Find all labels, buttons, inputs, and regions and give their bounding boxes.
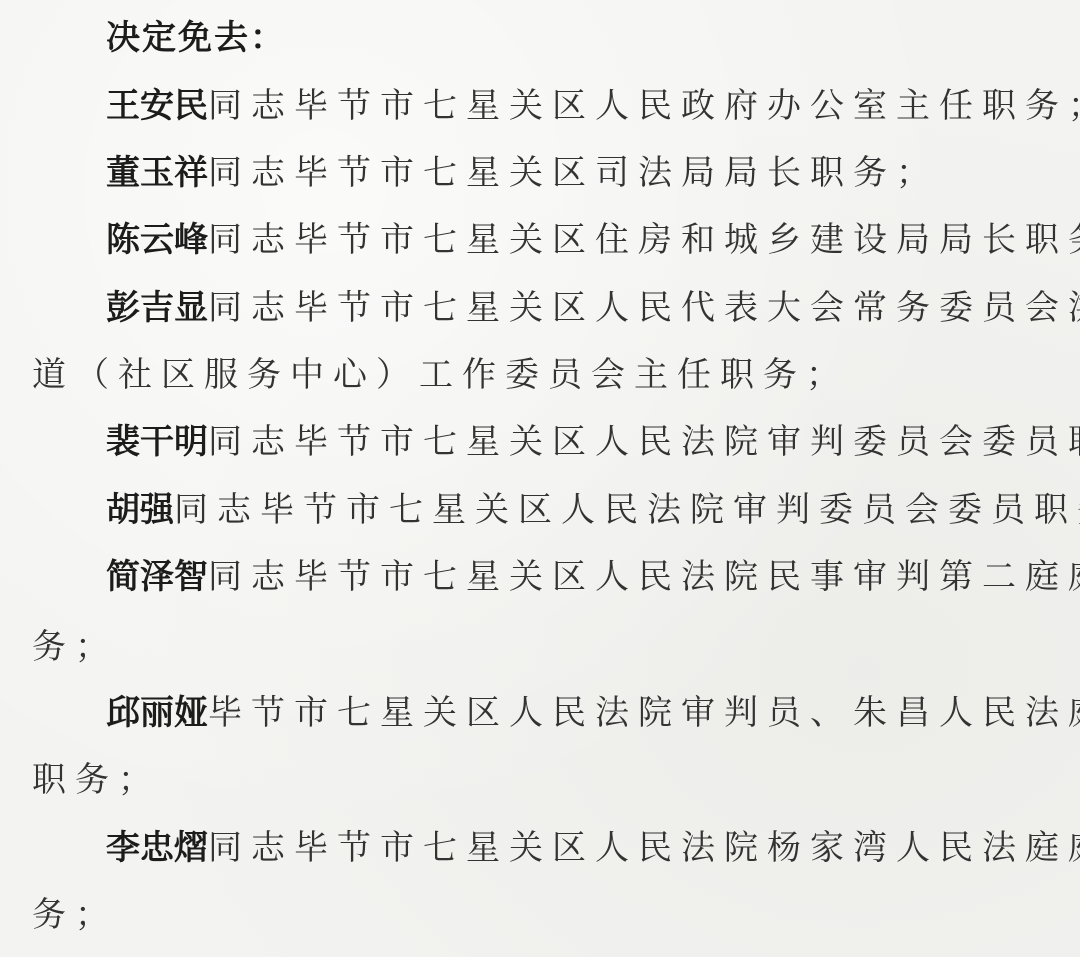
document-page: 决定免去： 王安民同志毕节市七星关区人民政府办公室主任职务； 董玉祥同志毕节市七…: [0, 0, 1080, 957]
entry-jian-zezhi-continued: 务；: [32, 627, 118, 667]
person-name: 邱丽娅: [106, 693, 208, 733]
entry-peng-jixian: 彭吉显同志毕节市七星关区人民代表大会常务委员会洪山街: [106, 288, 1080, 328]
entry-text: 同志毕节市七星关区人民代表大会常务委员会洪山街: [208, 288, 1080, 328]
entry-jian-zezhi: 简泽智同志毕节市七星关区人民法院民事审判第二庭庭长职: [106, 557, 1080, 597]
entry-text: 同志毕节市七星关区住房和城乡建设局局长职务；: [208, 220, 1080, 260]
entry-text: 同志毕节市七星关区人民法院审判委员会委员职务；: [208, 422, 1080, 462]
entry-text: 务；: [32, 895, 118, 935]
entry-li-zhongyi: 李忠熠同志毕节市七星关区人民法院杨家湾人民法庭庭长职: [106, 828, 1080, 868]
person-name: 陈云峰: [106, 220, 208, 260]
entry-pei-ganming: 裴干明同志毕节市七星关区人民法院审判委员会委员职务；: [106, 422, 1080, 462]
person-name: 裴干明: [106, 422, 208, 462]
entry-text: 同志毕节市七星关区人民法院杨家湾人民法庭庭长职: [208, 828, 1080, 868]
entry-wang-anmin: 王安民同志毕节市七星关区人民政府办公室主任职务；: [106, 86, 1080, 126]
entry-text: 同志毕节市七星关区人民政府办公室主任职务；: [208, 86, 1080, 126]
person-name: 王安民: [106, 86, 208, 126]
entry-li-zhongyi-continued: 务；: [32, 895, 118, 935]
entry-text: 同志毕节市七星关区人民法院审判委员会委员职务；: [174, 490, 1080, 530]
entry-hu-qiang: 胡强同志毕节市七星关区人民法院审判委员会委员职务；: [106, 490, 1080, 530]
entry-qiu-liya: 邱丽娅毕节市七星关区人民法院审判员、朱昌人民法庭庭长: [106, 693, 1080, 733]
person-name: 简泽智: [106, 557, 208, 597]
entry-peng-jixian-continued: 道（社区服务中心）工作委员会主任职务；: [32, 355, 849, 395]
entry-text: 职务；: [32, 760, 161, 800]
entry-text: 务；: [32, 627, 118, 667]
entry-text: 同志毕节市七星关区司法局局长职务；: [208, 153, 939, 193]
person-name: 董玉祥: [106, 153, 208, 193]
entry-text: 毕节市七星关区人民法院审判员、朱昌人民法庭庭长: [208, 693, 1080, 733]
document-heading: 决定免去：: [106, 18, 286, 58]
entry-text: 道（社区服务中心）工作委员会主任职务；: [32, 355, 849, 395]
person-name: 胡强: [106, 490, 174, 530]
entry-dong-yuxiang: 董玉祥同志毕节市七星关区司法局局长职务；: [106, 153, 939, 193]
person-name: 彭吉显: [106, 288, 208, 328]
entry-text: 同志毕节市七星关区人民法院民事审判第二庭庭长职: [208, 557, 1080, 597]
entry-chen-yunfeng: 陈云峰同志毕节市七星关区住房和城乡建设局局长职务；: [106, 220, 1080, 260]
entry-qiu-liya-continued: 职务；: [32, 760, 161, 800]
person-name: 李忠熠: [106, 828, 208, 868]
